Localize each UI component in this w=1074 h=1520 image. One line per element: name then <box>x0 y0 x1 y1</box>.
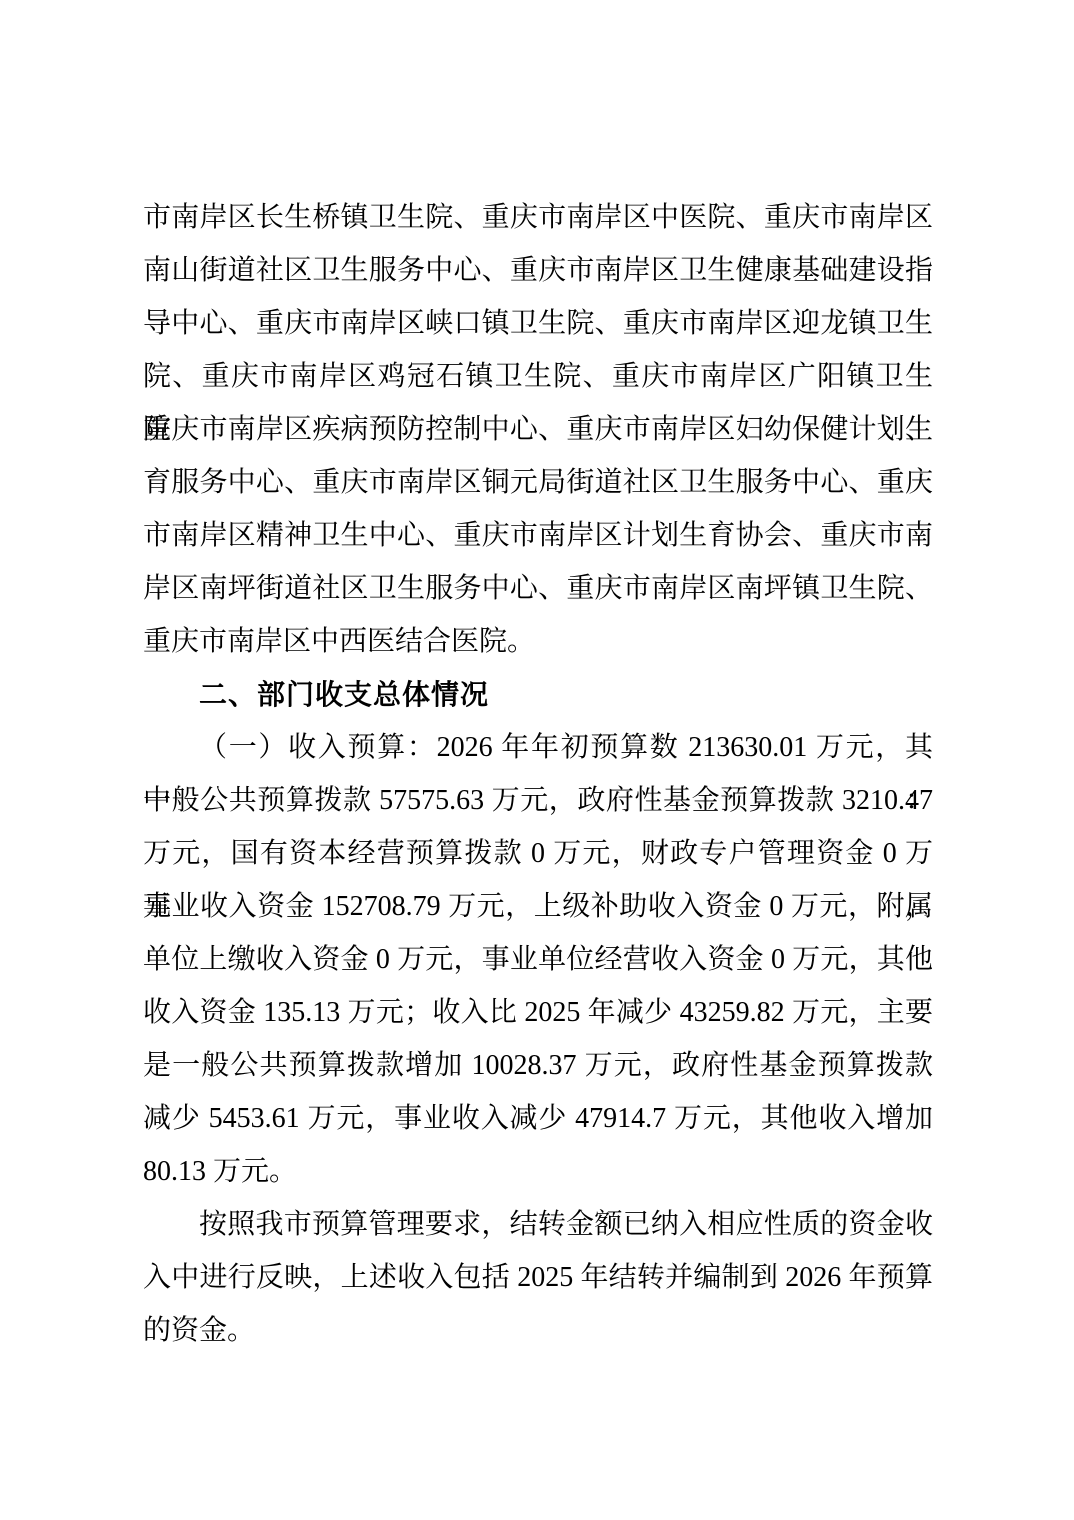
section-heading-2: 二、部门收支总体情况 <box>143 668 933 721</box>
text-line: 岸区南坪街道社区卫生服务中心、重庆市南岸区南坪镇卫生院、 <box>143 562 933 615</box>
text-line: 南山街道社区卫生服务中心、重庆市南岸区卫生健康基础建设指 <box>143 244 933 297</box>
org-list-paragraph-continuation: 市南岸区长生桥镇卫生院、重庆市南岸区中医院、重庆市南岸区南山街道社区卫生服务中心… <box>143 191 933 668</box>
text-line: 80.13 万元。 <box>143 1145 933 1198</box>
text-line: 事业收入资金 152708.79 万元，上级补助收入资金 0 万元，附属 <box>143 880 933 933</box>
text-line: 是一般公共预算拨款增加 10028.37 万元，政府性基金预算拨款 <box>143 1039 933 1092</box>
text-line: 重庆市南岸区中西医结合医院。 <box>143 615 933 668</box>
text-line: 按照我市预算管理要求，结转金额已纳入相应性质的资金收 <box>143 1198 933 1251</box>
text-line: 入中进行反映，上述收入包括 2025 年结转并编制到 2026 年预算 <box>143 1251 933 1304</box>
text-line: 育服务中心、重庆市南岸区铜元局街道社区卫生服务中心、重庆 <box>143 456 933 509</box>
text-line: 院、重庆市南岸区鸡冠石镇卫生院、重庆市南岸区广阳镇卫生院、 <box>143 350 933 403</box>
text-line: 重庆市南岸区疾病预防控制中心、重庆市南岸区妇幼保健计划生 <box>143 403 933 456</box>
text-line: 减少 5453.61 万元，事业收入减少 47914.7 万元，其他收入增加 <box>143 1092 933 1145</box>
text-line: 导中心、重庆市南岸区峡口镇卫生院、重庆市南岸区迎龙镇卫生 <box>143 297 933 350</box>
text-line: 市南岸区长生桥镇卫生院、重庆市南岸区中医院、重庆市南岸区 <box>143 191 933 244</box>
text-line: 市南岸区精神卫生中心、重庆市南岸区计划生育协会、重庆市南 <box>143 509 933 562</box>
section-heading-text: 二、部门收支总体情况 <box>143 668 933 721</box>
text-line: 收入资金 135.13 万元；收入比 2025 年减少 43259.82 万元，… <box>143 986 933 1039</box>
text-line: 万元，国有资本经营预算拨款 0 万元，财政专户管理资金 0 万元， <box>143 827 933 880</box>
carryover-note-paragraph: 按照我市预算管理要求，结转金额已纳入相应性质的资金收入中进行反映，上述收入包括 … <box>143 1198 933 1357</box>
text-line: 单位上缴收入资金 0 万元，事业单位经营收入资金 0 万元，其他 <box>143 933 933 986</box>
document-page: 市南岸区长生桥镇卫生院、重庆市南岸区中医院、重庆市南岸区南山街道社区卫生服务中心… <box>0 0 1074 1520</box>
text-line: （一）收入预算：2026 年年初预算数 213630.01 万元，其中： <box>143 721 933 774</box>
text-line: 一般公共预算拨款 57575.63 万元，政府性基金预算拨款 3210.47 <box>143 774 933 827</box>
text-line: 的资金。 <box>143 1304 933 1357</box>
income-budget-paragraph: （一）收入预算：2026 年年初预算数 213630.01 万元，其中：一般公共… <box>143 721 933 1198</box>
